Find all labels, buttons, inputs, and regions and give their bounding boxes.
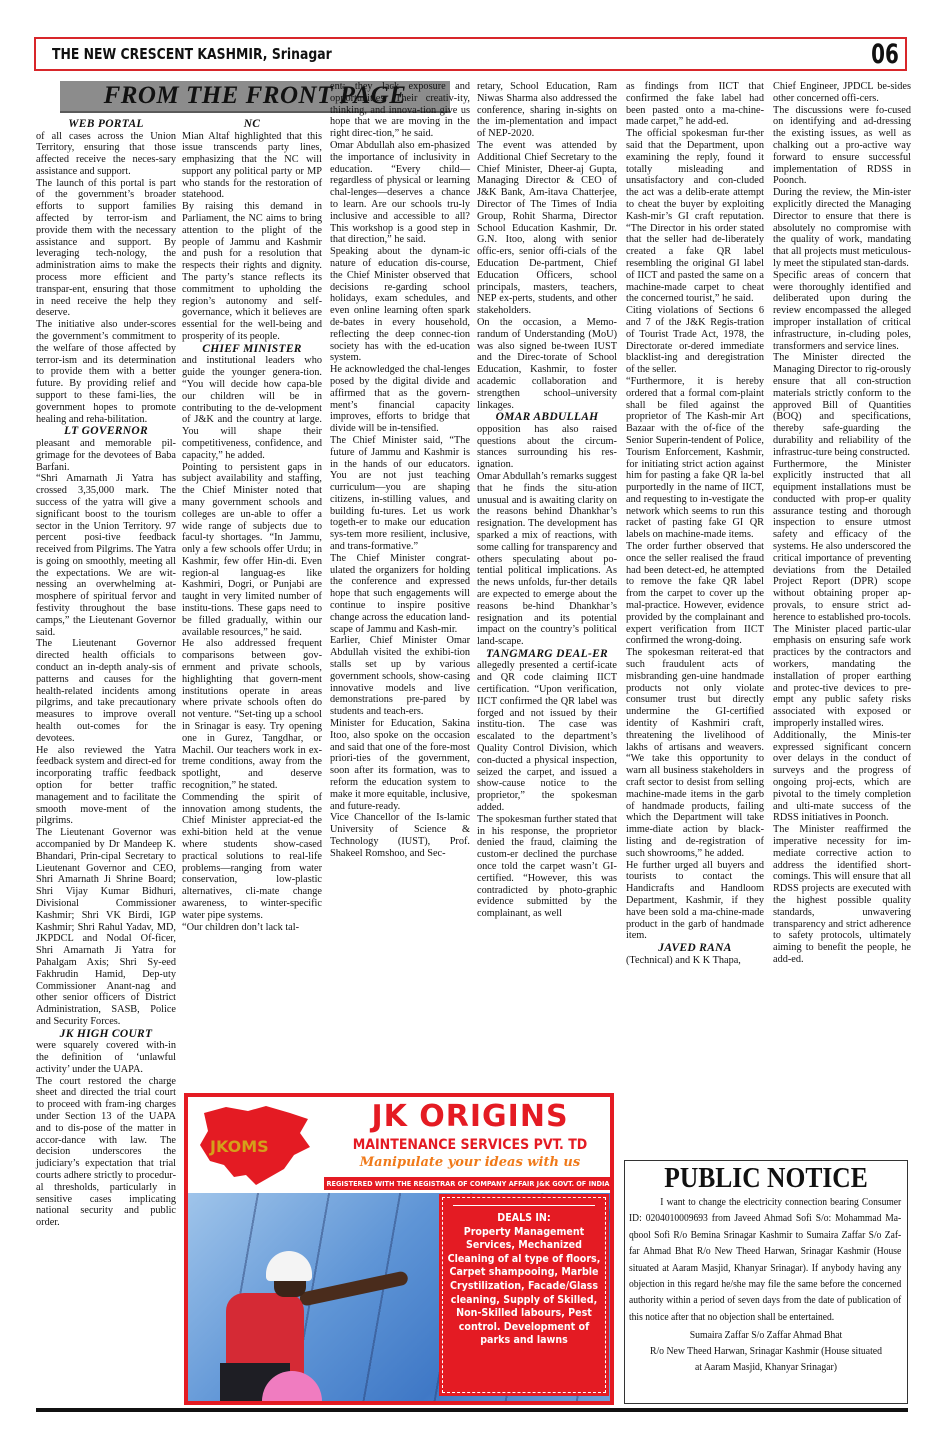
story-paragraph: Additionally, the Minis-ter expressed si… — [773, 730, 911, 824]
ad-title: JK ORIGINS — [328, 1099, 612, 1134]
story-paragraph: Commending the spirit of innovation amon… — [182, 792, 322, 922]
story-paragraph: and institutional leaders who guide the … — [182, 355, 322, 461]
story-paragraph: On the occasion, a Memo-randum of Unders… — [477, 317, 617, 411]
story-paragraph: He also addressed frequent comparisons b… — [182, 638, 322, 791]
story-paragraph: Furthermore, the Minister explicitly ins… — [773, 459, 911, 624]
story-paragraph: The Minister directed the Managing Direc… — [773, 352, 911, 458]
notice-title: PUBLIC NOTICE — [645, 1161, 886, 1195]
story-paragraph: The Lieutenant Governor was accompanied … — [36, 827, 176, 1028]
story-paragraph: He also reviewed the Yatra feedback syst… — [36, 745, 176, 828]
story-paragraph: During the review, the Min-ister explici… — [773, 187, 911, 270]
story-heading: TANGMARG DEAL-ER — [477, 648, 617, 661]
column-5: as findings from IICT that confirmed the… — [626, 81, 764, 966]
story-heading: JK HIGH COURT — [36, 1028, 176, 1041]
story-paragraph: The event was attended by Additional Chi… — [477, 140, 617, 317]
notice-signature-address-2: at Aaram Masjid, Khanyar Srinagar) — [640, 1360, 892, 1376]
story-paragraph: pleasant and memorable pil-grimage for t… — [36, 438, 176, 473]
story-paragraph: Pointing to persistent gaps in subject a… — [182, 462, 322, 639]
deals-box: DEALS IN: Property Management Services, … — [442, 1197, 606, 1393]
ad-registration: REGISTERED WITH THE REGISTRAR OF COMPANY… — [324, 1177, 612, 1190]
story-paragraph: Mian Altaf highlighted that this issue t… — [182, 131, 322, 202]
story-heading: OMAR ABDULLAH — [477, 411, 617, 424]
ad-subtitle: MAINTENANCE SERVICES PVT. TD — [328, 1137, 612, 1153]
story-paragraph: The order further observed that once the… — [626, 541, 764, 647]
deals-heading: DEALS IN: — [447, 1212, 601, 1226]
story-paragraph: He further urged all buyers and tourists… — [626, 860, 764, 943]
story-paragraph: The Minister placed partic-ular emphasis… — [773, 624, 911, 730]
masthead: THE NEW CRESCENT KASHMIR, Srinagar 06 — [34, 37, 907, 71]
column-2: NCMian Altaf highlighted that this issue… — [182, 118, 322, 933]
story-paragraph: of all cases across the Union Territory,… — [36, 131, 176, 178]
bottom-rule — [36, 1408, 908, 1412]
ad-tagline: Manipulate your ideas with us — [328, 1155, 612, 1170]
story-paragraph: Omar Abdullah also em-phasized the impor… — [330, 140, 470, 246]
story-paragraph: (Technical) and K K Thapa, — [626, 955, 764, 967]
story-paragraph: were squarely covered with-in the defini… — [36, 1040, 176, 1075]
column-6: Chief Engineer, JPDCL be-sides other con… — [773, 81, 911, 966]
story-heading: JAVED RANA — [626, 942, 764, 955]
story-paragraph: Chief Engineer, JPDCL be-sides other con… — [773, 81, 911, 105]
story-paragraph: “Our children don’t lack tal- — [182, 922, 322, 934]
story-paragraph: He acknowledged the chal-lenges posed by… — [330, 364, 470, 435]
story-paragraph: Specific areas of concern that were thor… — [773, 270, 911, 353]
story-paragraph: The Chief Minister congrat-ulated the or… — [330, 553, 470, 636]
public-notice: PUBLIC NOTICE I want to change the elect… — [624, 1160, 908, 1404]
story-paragraph: Vice Chancellor of the Is-lamic Universi… — [330, 812, 470, 859]
column-1: WEB PORTALof all cases across the Union … — [36, 118, 176, 1229]
deals-text: Property Management Services, Mechanized… — [447, 1226, 601, 1348]
story-paragraph: The launch of this portal is part of the… — [36, 178, 176, 320]
column-4: retary, School Education, Ram Niwas Shar… — [477, 81, 617, 920]
jkoms-logo: JKOMS — [210, 1137, 269, 1156]
story-paragraph: The initiative also under-scores the gov… — [36, 319, 176, 425]
story-paragraph: opposition has also raised questions abo… — [477, 424, 617, 471]
column-3: ent; they lack exposure and opportunitie… — [330, 81, 470, 860]
story-paragraph: The spokesman reiterat-ed that such frau… — [626, 647, 764, 859]
page-number: 06 — [871, 39, 899, 70]
story-heading: NC — [182, 118, 322, 131]
story-paragraph: allegedly presented a certif-icate and Q… — [477, 660, 617, 813]
story-paragraph: The official spokesman fur-ther said tha… — [626, 128, 764, 305]
jk-origins-advertisement: JKOMS JK ORIGINS MAINTENANCE SERVICES PV… — [184, 1093, 614, 1405]
story-heading: CHIEF MINISTER — [182, 343, 322, 356]
story-paragraph: Speaking about the dynam-ic nature of ed… — [330, 246, 470, 364]
story-paragraph: The Chief Minister said, “The future of … — [330, 435, 470, 553]
story-paragraph: as findings from IICT that confirmed the… — [626, 81, 764, 128]
story-paragraph: The spokesman further stated that in his… — [477, 814, 617, 920]
story-paragraph: “Shri Amarnath Ji Yatra has crossed 3,35… — [36, 473, 176, 638]
paper-name: THE NEW CRESCENT KASHMIR, Srinagar — [52, 45, 332, 63]
story-paragraph: Citing violations of Sections 6 and 7 of… — [626, 305, 764, 376]
story-paragraph: The court restored the charge sheet and … — [36, 1076, 176, 1229]
story-paragraph: “Furthermore, it is hereby ordered that … — [626, 376, 764, 541]
notice-signature-name: Sumaira Zaffar S/o Zaffar Ahmad Bhat — [640, 1328, 892, 1344]
story-heading: WEB PORTAL — [36, 118, 176, 131]
story-paragraph: Omar Abdullah’s remarks suggest that he … — [477, 471, 617, 648]
story-paragraph: ent; they lack exposure and opportunitie… — [330, 81, 470, 140]
story-paragraph: The Minister reaffirmed the imperative n… — [773, 824, 911, 966]
story-paragraph: retary, School Education, Ram Niwas Shar… — [477, 81, 617, 140]
story-paragraph: Earlier, Chief Minister Omar Abdullah vi… — [330, 635, 470, 718]
notice-signature-address: R/o New Theed Harwan, Srinagar Kashmir (… — [640, 1344, 892, 1360]
story-paragraph: By raising this demand in Parliament, th… — [182, 201, 322, 343]
notice-body: I want to change the electricity connect… — [629, 1197, 901, 1323]
story-paragraph: The Lieutenant Governor directed health … — [36, 638, 176, 744]
story-paragraph: Minister for Education, Sakina Itoo, als… — [330, 718, 470, 812]
story-heading: LT GOVERNOR — [36, 425, 176, 438]
story-paragraph: The discussions were fo-cused on identif… — [773, 105, 911, 188]
